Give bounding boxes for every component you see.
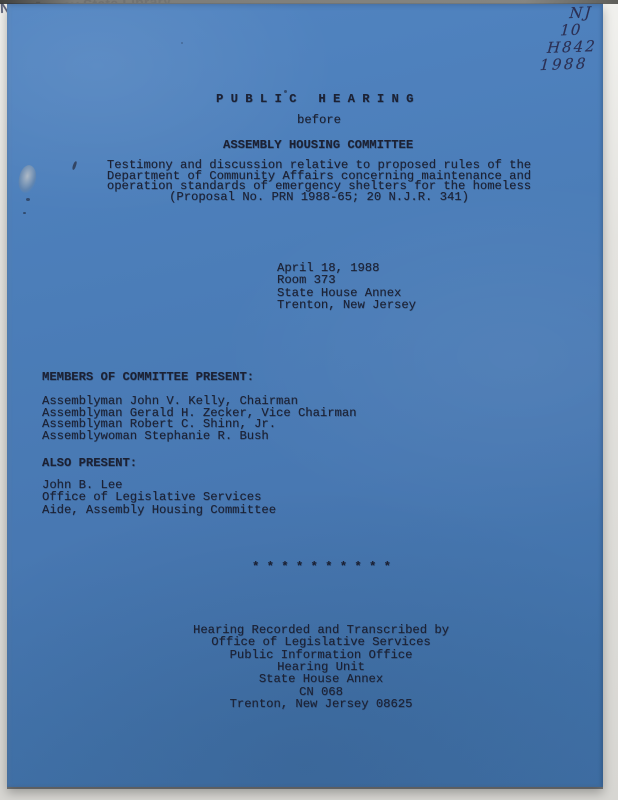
- footer-line: Trenton, New Jersey 08625: [190, 698, 452, 710]
- call-number-handwriting: NJ 10 H842 1988: [539, 4, 599, 74]
- hearing-description: Testimony and discussion relative to pro…: [105, 160, 533, 202]
- members-present-list: Assemblyman John V. Kelly, Chairman Asse…: [42, 396, 357, 443]
- also-present-heading: ALSO PRESENT:: [42, 457, 137, 469]
- paper-speck: [181, 42, 183, 44]
- also-present-line: Office of Legislative Services: [42, 491, 276, 503]
- also-present-list: John B. Lee Office of Legislative Servic…: [42, 479, 276, 516]
- footer-line: State House Annex: [190, 673, 452, 685]
- paper-speck: [26, 198, 30, 201]
- transcription-credit: Hearing Recorded and Transcribed by Offi…: [190, 624, 452, 710]
- event-location: Trenton, New Jersey: [277, 299, 416, 311]
- hearing-title: P U B L I C H E A R I N G: [216, 93, 413, 105]
- event-room: Room 373: [277, 274, 416, 286]
- committee-name: ASSEMBLY HOUSING COMMITTEE: [223, 139, 413, 151]
- scan-top-edge: [0, 0, 618, 4]
- members-present-heading: MEMBERS OF COMMITTEE PRESENT:: [42, 371, 254, 383]
- event-details: April 18, 1988 Room 373 State House Anne…: [277, 262, 416, 312]
- description-line: (Proposal No. PRN 1988-65; 20 N.J.R. 341…: [105, 192, 533, 203]
- call-number-line: NJ: [569, 4, 600, 22]
- footer-line: Office of Legislative Services: [190, 636, 452, 648]
- paper-speck: [23, 212, 26, 214]
- member-name: Assemblywoman Stephanie R. Bush: [42, 431, 357, 443]
- before-label: before: [297, 114, 341, 126]
- also-present-line: Aide, Assembly Housing Committee: [42, 504, 276, 516]
- asterisk-separator: * * * * * * * * * *: [252, 561, 391, 573]
- scanned-document-page: NJ 10 H842 1988 P U B L I C H E A R I N …: [0, 0, 618, 800]
- call-number-line: 1988: [539, 55, 596, 74]
